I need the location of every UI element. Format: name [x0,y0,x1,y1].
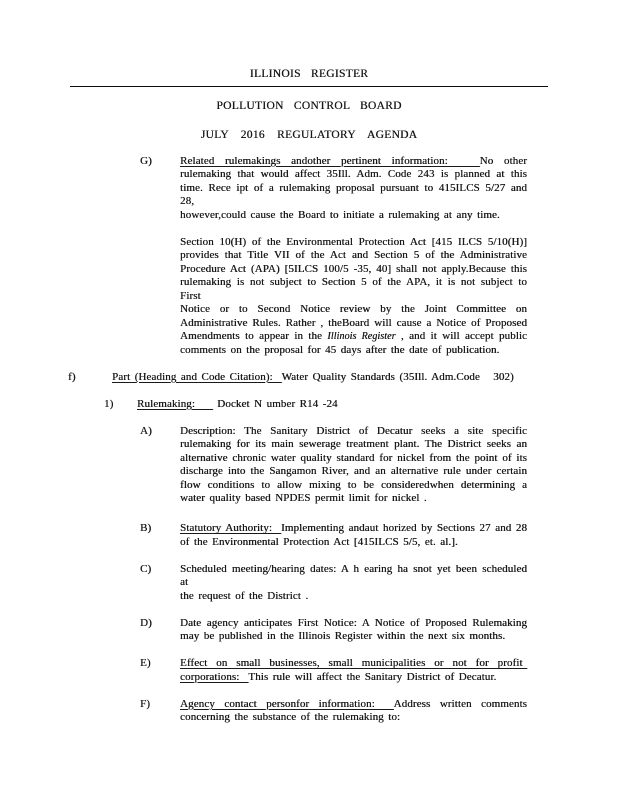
item-text: Effect on small businesses, small munici… [180,657,527,684]
text-line: comments on the proposal for 45 days aft… [180,344,527,358]
text-line: concerning the substance of the rulemaki… [180,711,527,725]
item-G: G)Related rulemakings andother pertinent… [140,155,618,223]
text-line: Date agency anticipates First Notice: A … [180,617,527,631]
underlined-heading: Part (Heading and Code Citation): [112,371,282,383]
item-D: D)Date agency anticipates First Notice: … [140,617,618,644]
item-A: A)Description: The Sanitary District of … [140,425,618,506]
text-segment: Implementing andaut horized by Sections … [281,522,527,534]
text-segment: alternative chronic water quality standa… [180,452,527,464]
item-C: C)Scheduled meeting/hearing dates: A h e… [140,563,618,604]
text-segment: discharge into the Sangamon River, and a… [180,465,527,477]
underlined-heading: corporations: [180,671,248,683]
text-segment: Notice or to Second Notice review by the… [180,303,527,315]
text-line: Scheduled meeting/hearing dates: A h ear… [180,563,527,590]
text-segment: time. Rece ipt of a rulemaking proposal … [180,182,527,208]
text-line: however,could cause the Board to initiat… [180,209,527,223]
text-line: Part (Heading and Code Citation): Water … [112,371,540,385]
item-label: F) [140,698,180,725]
item-label: E) [140,657,180,684]
item-G-continuation: Section 10(H) of the Environmental Prote… [140,236,618,358]
text-line: Related rulemakings andother pertinent i… [180,155,527,169]
item-label-empty [140,236,180,358]
item-text: Date agency anticipates First Notice: A … [180,617,527,644]
item-label: G) [140,155,180,223]
text-segment: Procedure Act (APA) [5ILCS 100/5 -35, 40… [180,263,527,275]
text-line: Agency contact personfor information: Ad… [180,698,527,712]
text-line: Procedure Act (APA) [5ILCS 100/5 -35, 40… [180,263,527,277]
text-line: Amendments to appear in the Illinois Reg… [180,330,527,344]
item-label: B) [140,522,180,549]
text-segment: Date agency anticipates First Notice: A … [180,617,527,629]
text-segment: the request of the District . [180,590,308,602]
item-label: f) [68,371,112,385]
item-label: D) [140,617,180,644]
item-text: Rulemaking: Docket N umber R14 -24 [137,398,537,412]
text-segment: water quality based NPDES permit limit f… [180,492,427,504]
header-rule [70,86,548,87]
text-segment: Amendments to appear in the [180,330,327,342]
item-label: A) [140,425,180,506]
text-line: Effect on small businesses, small munici… [180,657,527,671]
text-segment: Section 10(H) of the Environmental Prote… [180,236,527,248]
underlined-heading: Rulemaking: [137,398,213,410]
item-text: Section 10(H) of the Environmental Prote… [180,236,527,358]
board-title: POLLUTION CONTROL BOARD [0,99,618,113]
text-segment: No other [480,155,527,167]
text-segment: flow conditions to allow mixing to be co… [180,479,527,491]
agenda-title: JULY 2016 REGULATORY AGENDA [0,128,618,142]
text-line: may be published in the Illinois Registe… [180,630,527,644]
text-segment: rulemaking that would affect 35Ill. Adm.… [180,168,527,180]
register-title: ILLINOIS REGISTER [0,0,618,81]
text-line: Statutory Authority: Implementing andaut… [180,522,527,536]
text-segment: Description: The Sanitary District of De… [180,425,527,437]
text-line: of the Environmental Protection Act [415… [180,536,527,550]
text-segment: Water Quality Standards (35Ill. Adm.Code… [282,371,514,383]
underlined-heading: Related rulemakings andother pertinent i… [180,155,480,167]
text-segment: concerning the substance of the rulemaki… [180,711,400,723]
text-line: Section 10(H) of the Environmental Prote… [180,236,527,250]
underlined-heading: Agency contact personfor information: [180,698,394,710]
item-text: Part (Heading and Code Citation): Water … [112,371,540,385]
text-segment: This rule will affect the Sanitary Distr… [248,671,496,683]
item-text: Related rulemakings andother pertinent i… [180,155,527,223]
text-line: Notice or to Second Notice review by the… [180,303,527,317]
item-f: f)Part (Heading and Code Citation): Wate… [68,371,618,385]
text-segment: rulemaking is not subject to Section 5 o… [180,276,527,302]
text-line: discharge into the Sangamon River, and a… [180,465,527,479]
text-line: Administrative Rules. Rather , theBoard … [180,317,527,331]
item-F: F)Agency contact personfor information: … [140,698,618,725]
text-line: alternative chronic water quality standa… [180,452,527,466]
text-segment: rulemaking for its main sewerage treatme… [180,438,527,450]
item-text: Statutory Authority: Implementing andaut… [180,522,527,549]
text-line: Rulemaking: Docket N umber R14 -24 [137,398,537,412]
item-E: E)Effect on small businesses, small muni… [140,657,618,684]
text-line: corporations: This rule will affect the … [180,671,527,685]
text-line: water quality based NPDES permit limit f… [180,492,527,506]
text-line: flow conditions to allow mixing to be co… [180,479,527,493]
item-text: Agency contact personfor information: Ad… [180,698,527,725]
document-body: G)Related rulemakings andother pertinent… [0,155,618,725]
text-line: rulemaking for its main sewerage treatme… [180,438,527,452]
text-segment: Docket N umber R14 -24 [213,398,338,410]
text-line: rulemaking is not subject to Section 5 o… [180,276,527,303]
item-label: 1) [104,398,137,412]
text-segment: of the Environmental Protection Act [415… [180,536,458,548]
text-segment: comments on the proposal for 45 days aft… [180,344,499,356]
item-text: Scheduled meeting/hearing dates: A h ear… [180,563,527,604]
text-segment: , and it will accept public [396,330,527,342]
item-label: C) [140,563,180,604]
text-segment: provides that Title VII of the Act and S… [180,249,527,261]
text-segment: Scheduled meeting/hearing dates: A h ear… [180,563,527,589]
text-line: rulemaking that would affect 35Ill. Adm.… [180,168,527,182]
underlined-heading: Effect on small businesses, small munici… [180,657,527,669]
text-line: Description: The Sanitary District of De… [180,425,527,439]
text-segment: may be published in the Illinois Registe… [180,630,505,642]
document-page: ILLINOIS REGISTER POLLUTION CONTROL BOAR… [0,0,618,800]
text-line: time. Rece ipt of a rulemaking proposal … [180,182,527,209]
text-segment: Administrative Rules. Rather , theBoard … [180,317,527,329]
text-line: the request of the District . [180,590,527,604]
text-segment: however,could cause the Board to initiat… [180,209,500,221]
text-line: provides that Title VII of the Act and S… [180,249,527,263]
underlined-heading: Statutory Authority: [180,522,281,534]
italic-text: Illinois Register [327,331,395,342]
text-segment: Address written comments [394,698,527,710]
item-1: 1)Rulemaking: Docket N umber R14 -24 [104,398,618,412]
item-text: Description: The Sanitary District of De… [180,425,527,506]
item-B: B)Statutory Authority: Implementing anda… [140,522,618,549]
